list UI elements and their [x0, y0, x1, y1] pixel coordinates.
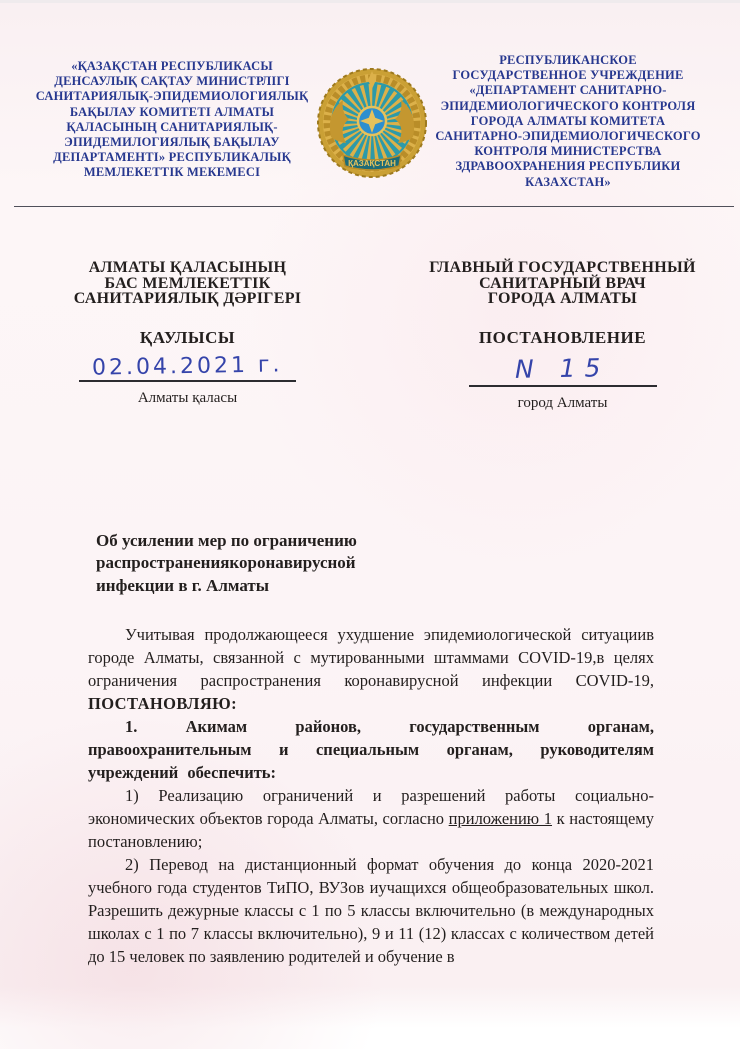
title-line: БАС МЕМЛЕКЕТТІК: [40, 276, 335, 292]
title-line: САНИТАРИЯЛЫҚ ДӘРІГЕРІ: [40, 291, 335, 307]
org-line: РЕСПУБЛИКАНСКОЕ: [424, 53, 712, 68]
paragraph-subpoint-2: 2) Перевод на дистанционный формат обуче…: [88, 853, 654, 968]
org-line: САНИТАРИЯЛЫҚ-ЭПИДЕМИОЛОГИЯЛЫҚ: [28, 89, 316, 104]
org-line: САНИТАРНО-ЭПИДЕМИОЛОГИЧЕСКОГО: [424, 129, 712, 144]
letterhead-org-russian: РЕСПУБЛИКАНСКОЕ ГОСУДАРСТВЕННОЕ УЧРЕЖДЕН…: [424, 53, 712, 190]
emblem-banner-text: ҚАЗАҚСТАН: [348, 159, 396, 168]
title-line: АЛМАТЫ ҚАЛАСЫНЫҢ: [40, 260, 335, 276]
title-block-russian: ГЛАВНЫЙ ГОСУДАРСТВЕННЫЙ САНИТАРНЫЙ ВРАЧ …: [415, 260, 710, 412]
subject-line: Об усилении мер по ограничению: [96, 530, 406, 553]
kazakhstan-coat-of-arms-icon: ҚАЗАҚСТАН: [317, 65, 427, 181]
doc-type-ru: ПОСТАНОВЛЕНИЕ: [415, 328, 710, 348]
title-block-kazakh: АЛМАТЫ ҚАЛАСЫНЫҢ БАС МЕМЛЕКЕТТІК САНИТАР…: [40, 260, 335, 412]
org-line: ГОСУДАРСТВЕННОЕ УЧРЕЖДЕНИЕ: [424, 68, 712, 83]
org-line: «ДЕПАРТАМЕНТ САНИТАРНО-: [424, 83, 712, 98]
org-line: ҚАЛАСЫНЫҢ САНИТАРИЯЛЫҚ-: [28, 120, 316, 135]
letterhead-org-kazakh: «ҚАЗАҚСТАН РЕСПУБЛИКАСЫ ДЕНСАУЛЫҚ САҚТАУ…: [28, 59, 316, 181]
org-line: ЭПИДЕМИОЛОГИЧЕСКОГО КОНТРОЛЯ: [424, 99, 712, 114]
annex-reference: приложению 1: [449, 809, 552, 828]
org-line: «ҚАЗАҚСТАН РЕСПУБЛИКАСЫ: [28, 59, 316, 74]
place-kk: Алматы қаласы: [40, 390, 335, 407]
handwritten-date: 02.04.2021 г.: [92, 352, 283, 381]
org-line: ДЕПАРТАМЕНТІ» РЕСПУБЛИКАЛЫҚ: [28, 150, 316, 165]
authority-title-ru: ГЛАВНЫЙ ГОСУДАРСТВЕННЫЙ САНИТАРНЫЙ ВРАЧ …: [415, 260, 710, 307]
title-line: ГЛАВНЫЙ ГОСУДАРСТВЕННЫЙ: [415, 260, 710, 276]
doc-type-kk: ҚАУЛЫСЫ: [40, 328, 335, 348]
handwritten-number: N 15: [515, 353, 610, 386]
preamble-text: Учитывая продолжающееся ухудшение эпидем…: [88, 625, 654, 690]
title-row: АЛМАТЫ ҚАЛАСЫНЫҢ БАС МЕМЛЕКЕТТІК САНИТАР…: [0, 260, 740, 412]
paragraph-subpoint-1: 1) Реализацию ограничений и разрешений р…: [88, 784, 654, 853]
decree-subject: Об усилении мер по ограничению распростр…: [96, 530, 406, 598]
letterhead: «ҚАЗАҚСТАН РЕСПУБЛИКАСЫ ДЕНСАУЛЫҚ САҚТАУ…: [0, 3, 740, 206]
org-line: ГОРОДА АЛМАТЫ КОМИТЕТА: [424, 114, 712, 129]
subject-line: распространениякоронавирусной: [96, 552, 406, 575]
authority-title-kk: АЛМАТЫ ҚАЛАСЫНЫҢ БАС МЕМЛЕКЕТТІК САНИТАР…: [40, 260, 335, 307]
decree-body: Учитывая продолжающееся ухудшение эпидем…: [88, 623, 654, 968]
org-line: ДЕНСАУЛЫҚ САҚТАУ МИНИСТРЛІГІ: [28, 74, 316, 89]
paragraph-preamble: Учитывая продолжающееся ухудшение эпидем…: [88, 623, 654, 715]
paragraph-point-1: 1. Акимам районов, государственным орган…: [88, 715, 654, 784]
subject-line: инфекции в г. Алматы: [96, 575, 406, 598]
decree-word: ПОСТАНОВЛЯЮ:: [88, 694, 237, 713]
number-line: N 15: [469, 354, 657, 387]
scanned-decree-page: «ҚАЗАҚСТАН РЕСПУБЛИКАСЫ ДЕНСАУЛЫҚ САҚТАУ…: [0, 0, 740, 1049]
org-line: КОНТРОЛЯ МИНИСТЕРСТВА: [424, 144, 712, 159]
org-line: БАҚЫЛАУ КОМИТЕТІ АЛМАТЫ: [28, 105, 316, 120]
org-line: МЕМЛЕКЕТТІК МЕКЕМЕСІ: [28, 165, 316, 180]
org-line: ЭПИДЕМИЛОГИЯЛЫҚ БАҚЫЛАУ: [28, 135, 316, 150]
place-ru: город Алматы: [415, 395, 710, 412]
title-line: ГОРОДА АЛМАТЫ: [415, 291, 710, 307]
org-line: КАЗАХСТАН»: [424, 175, 712, 190]
letterhead-divider: [14, 206, 734, 207]
date-line: 02.04.2021 г.: [79, 354, 296, 382]
org-line: ЗДРАВООХРАНЕНИЯ РЕСПУБЛИКИ: [424, 159, 712, 174]
title-line: САНИТАРНЫЙ ВРАЧ: [415, 276, 710, 292]
